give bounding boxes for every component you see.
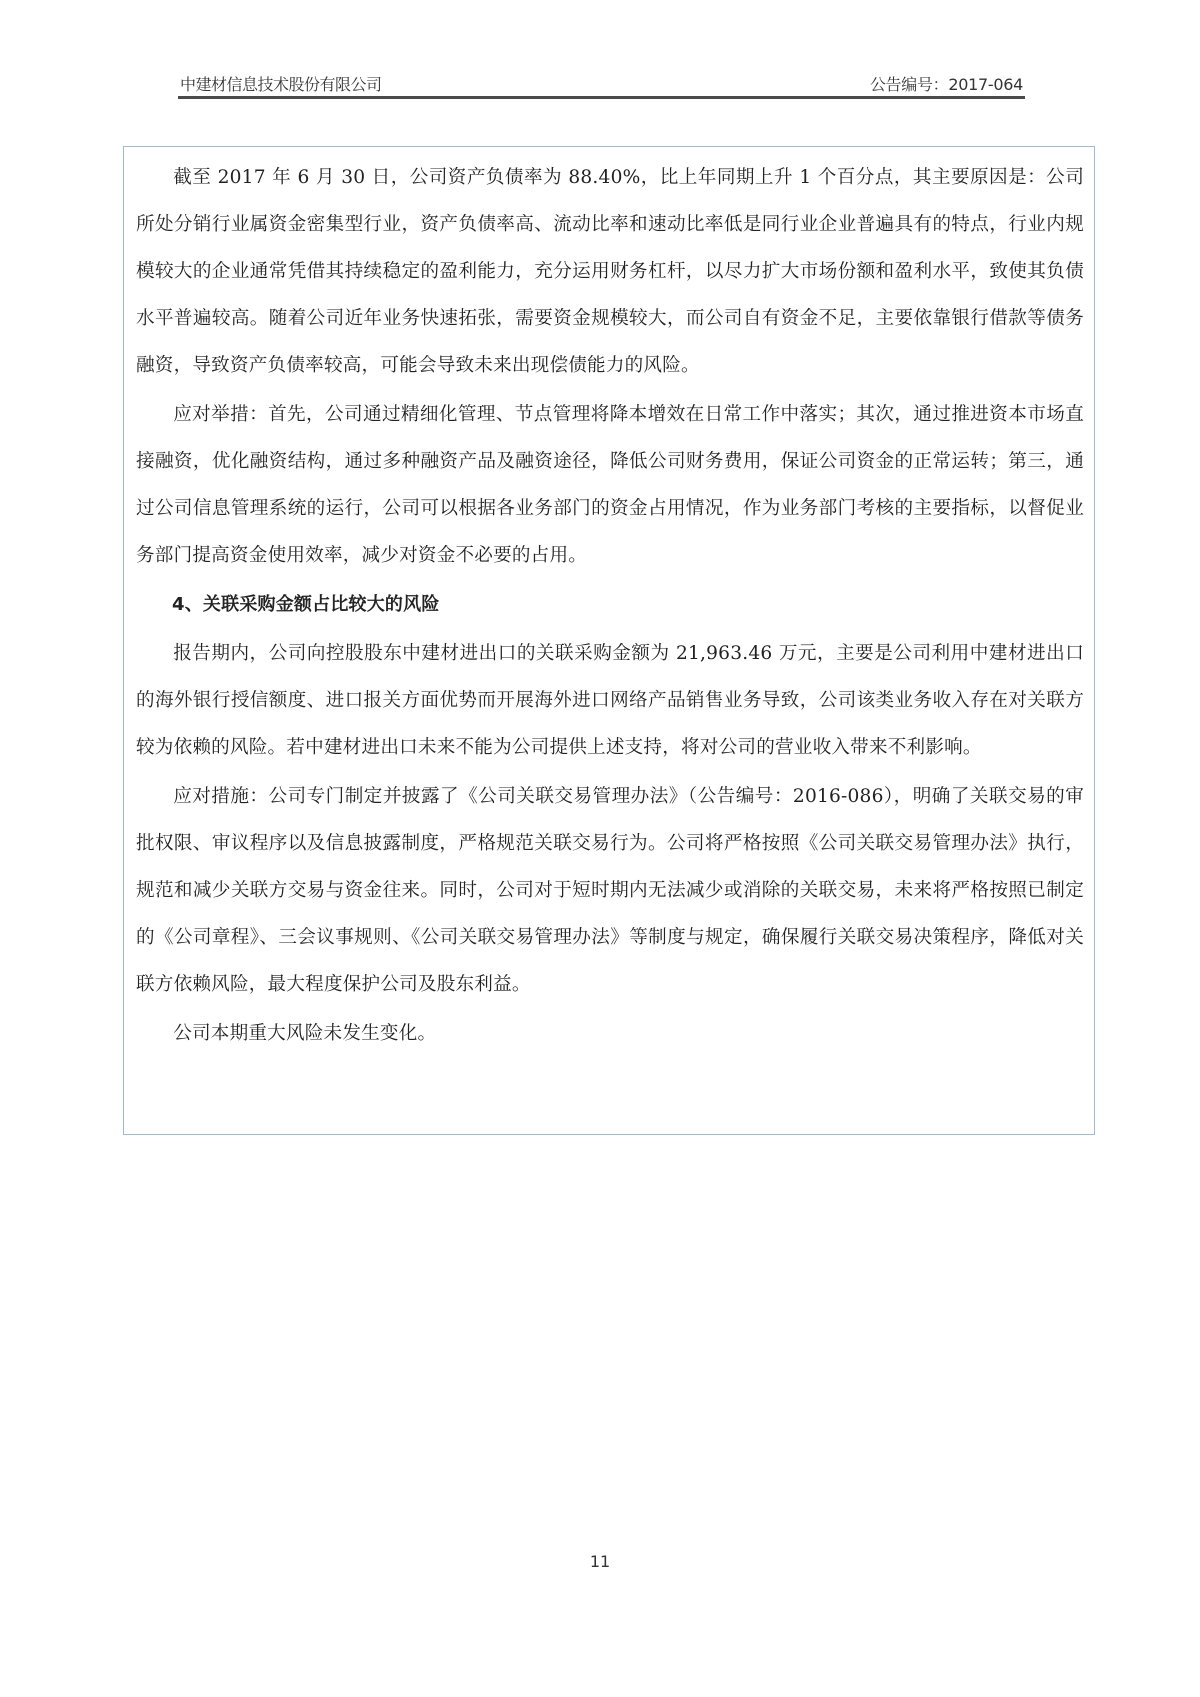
paragraph-debt-ratio: 截至 2017 年 6 月 30 日，公司资产负债率为 88.40%，比上年同期…: [136, 154, 1084, 389]
risk-section-box: 截至 2017 年 6 月 30 日，公司资产负债率为 88.40%，比上年同期…: [123, 146, 1095, 1135]
section-heading-related-purchase-risk: 4、关联采购金额占比较大的风险: [136, 581, 1084, 628]
paragraph-related-purchase: 报告期内，公司向控股股东中建材进出口的关联采购金额为 21,963.46 万元，…: [136, 630, 1084, 771]
notice-number: 公告编号：2017-064: [870, 72, 1023, 95]
paragraph-debt-countermeasures: 应对举措：首先，公司通过精细化管理、节点管理将降本增效在日常工作中落实；其次，通…: [136, 391, 1084, 579]
paragraph-related-countermeasures: 应对措施：公司专门制定并披露了《公司关联交易管理办法》（公告编号：2016-08…: [136, 773, 1084, 1008]
company-name: 中建材信息技术股份有限公司: [180, 72, 382, 95]
paragraph-risk-unchanged: 公司本期重大风险未发生变化。: [136, 1010, 1084, 1057]
page-header: 中建材信息技术股份有限公司 公告编号：2017-064: [178, 66, 1025, 99]
page-number: 11: [0, 1552, 1200, 1571]
section-content: 截至 2017 年 6 月 30 日，公司资产负债率为 88.40%，比上年同期…: [136, 154, 1084, 1059]
